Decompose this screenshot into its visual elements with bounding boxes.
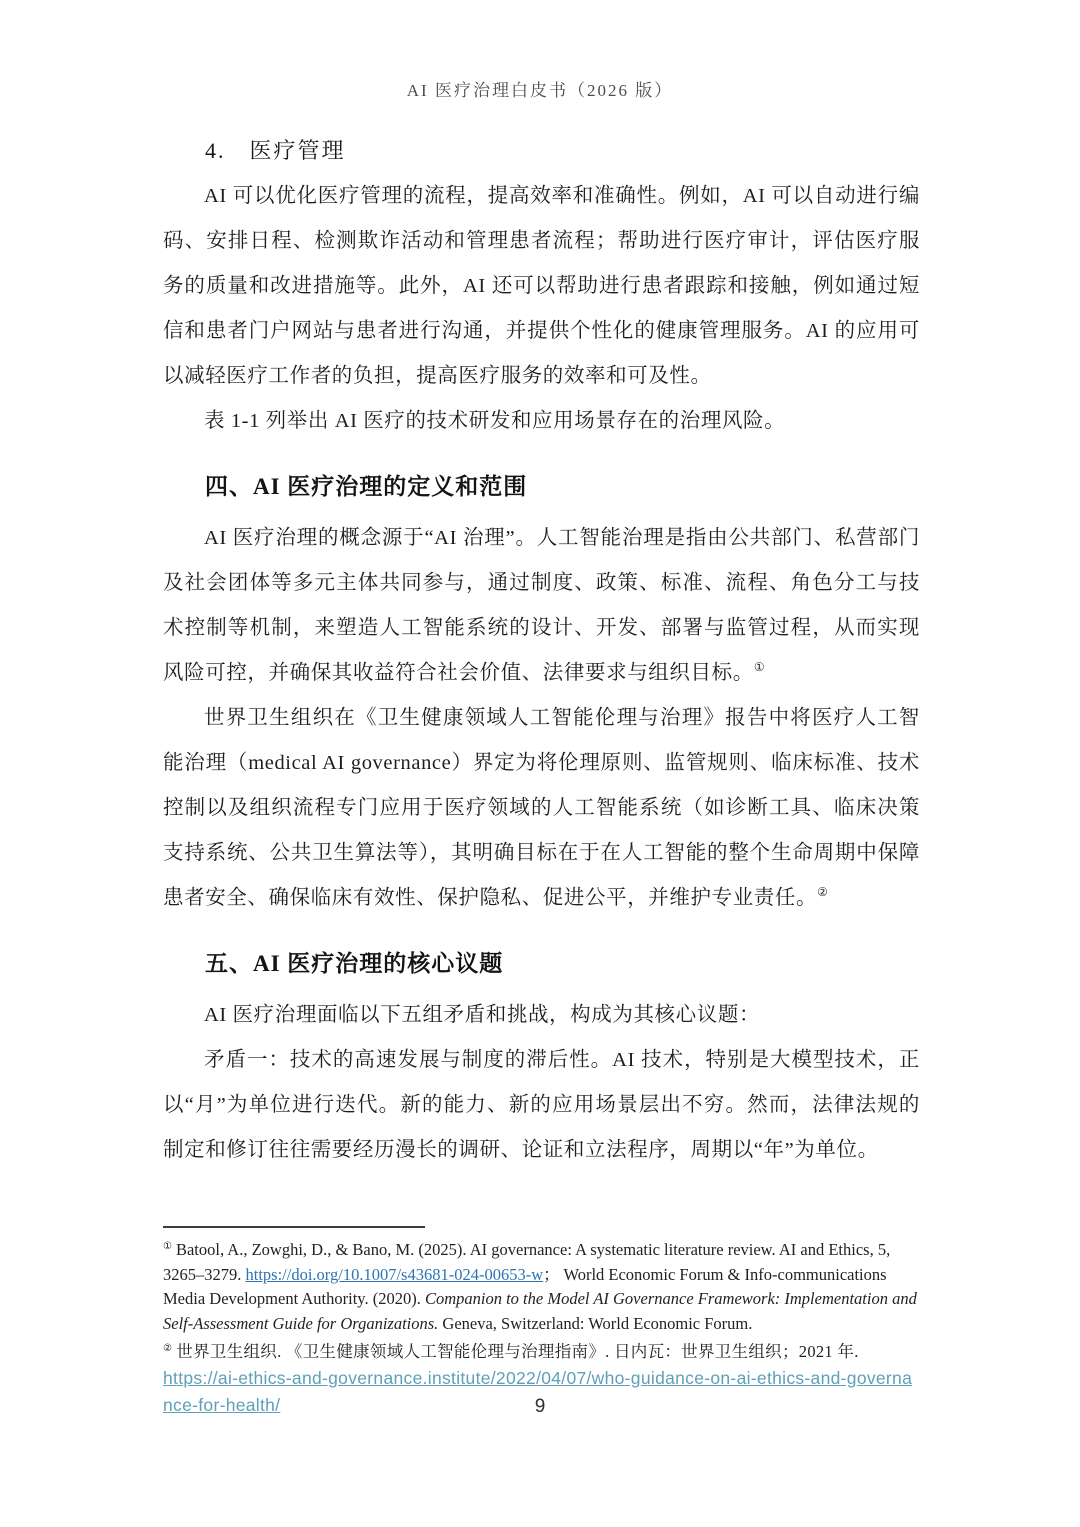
running-header: AI 医疗治理白皮书（2026 版）: [0, 76, 1080, 101]
paragraph-who-medical-ai-governance: 世界卫生组织在《卫生健康领域人工智能伦理与治理》报告中将医疗人工智能治理（med…: [163, 696, 920, 921]
paragraph-core-issues-intro: AI 医疗治理面临以下五组矛盾和挑战，构成为其核心议题：: [163, 993, 920, 1038]
page-number: 9: [0, 1396, 1080, 1418]
heading-section-4-medical-management: 4. 医疗管理: [205, 136, 920, 166]
heading-section-definition-scope: 四、AI 医疗治理的定义和范围: [205, 470, 920, 504]
footnote-1-marker: ①: [163, 1241, 172, 1252]
footnote-1-citation-end: Geneva, Switzerland: World Economic Foru…: [438, 1314, 752, 1333]
footnote-2-marker: ②: [163, 1343, 172, 1354]
footnote-1: ①Batool, A., Zowghi, D., & Bano, M. (202…: [163, 1238, 921, 1336]
page-content: 4. 医疗管理 AI 可以优化医疗管理的流程，提高效率和准确性。例如，AI 可以…: [163, 136, 920, 1173]
footnote-divider: [163, 1226, 425, 1228]
paragraph-ai-governance-definition-text: AI 医疗治理的概念源于“AI 治理”。人工智能治理是指由公共部门、私营部门及社…: [163, 527, 920, 684]
paragraph-ai-governance-definition: AI 医疗治理的概念源于“AI 治理”。人工智能治理是指由公共部门、私营部门及社…: [163, 516, 920, 696]
document-page: AI 医疗治理白皮书（2026 版） 4. 医疗管理 AI 可以优化医疗管理的流…: [0, 0, 1080, 1527]
paragraph-table-1-1-note: 表 1-1 列举出 AI 医疗的技术研发和应用场景存在的治理风险。: [163, 399, 920, 444]
heading-section-core-issues: 五、AI 医疗治理的核心议题: [205, 947, 920, 981]
footnote-2-citation-text: 世界卫生组织. 《卫生健康领域人工智能伦理与治理指南》. 日内瓦：世界卫生组织；…: [176, 1342, 858, 1361]
paragraph-medical-management: AI 可以优化医疗管理的流程，提高效率和准确性。例如，AI 可以自动进行编码、安…: [163, 174, 920, 399]
paragraph-contradiction-one: 矛盾一：技术的高速发展与制度的滞后性。AI 技术，特别是大模型技术，正以“月”为…: [163, 1038, 920, 1173]
footnote-ref-1: ①: [754, 660, 765, 674]
footnote-1-doi-link[interactable]: https://doi.org/10.1007/s43681-024-00653…: [246, 1265, 544, 1284]
footnote-ref-2: ②: [817, 885, 828, 899]
paragraph-who-medical-ai-governance-text: 世界卫生组织在《卫生健康领域人工智能伦理与治理》报告中将医疗人工智能治理（med…: [163, 707, 920, 909]
footnotes-area: ①Batool, A., Zowghi, D., & Bano, M. (202…: [163, 1226, 921, 1419]
